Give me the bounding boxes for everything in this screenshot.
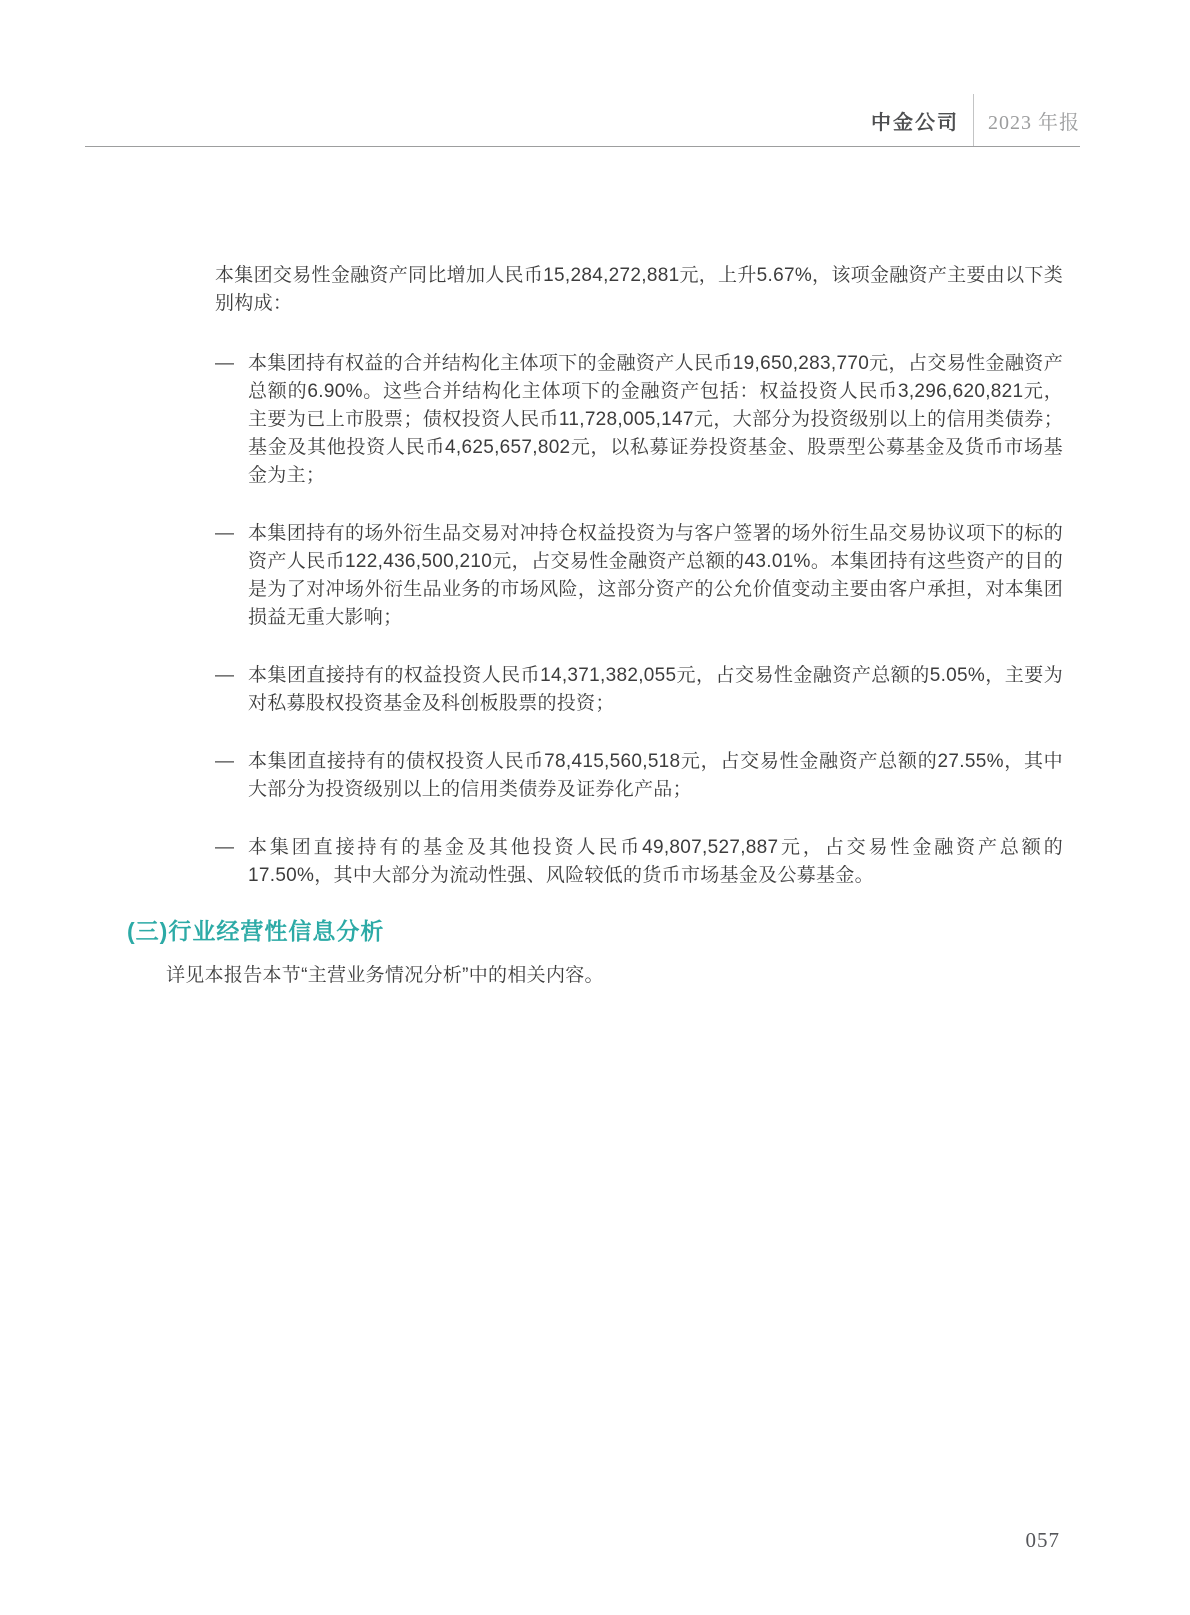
bullet-text: 本集团持有权益的合并结构化主体项下的金融资产人民币19,650,283,770元… (248, 350, 1063, 490)
bullet-item: — 本集团持有权益的合并结构化主体项下的金融资产人民币19,650,283,77… (215, 350, 1063, 490)
bullet-dash-marker: — (215, 662, 248, 718)
bullet-text: 本集团直接持有的基金及其他投资人民币49,807,527,887元，占交易性金融… (248, 834, 1063, 890)
bullet-item: — 本集团持有的场外衍生品交易对冲持仓权益投资为与客户签署的场外衍生品交易协议项… (215, 520, 1063, 632)
bullet-text: 本集团直接持有的债权投资人民币78,415,560,518元，占交易性金融资产总… (248, 748, 1063, 804)
bullet-dash-marker: — (215, 834, 248, 890)
intro-paragraph: 本集团交易性金融资产同比增加人民币15,284,272,881元，上升5.67%… (215, 262, 1063, 318)
section-paragraph: 详见本报告本节“主营业务情况分析”中的相关内容。 (166, 962, 1063, 990)
bullet-dash-marker: — (215, 350, 248, 490)
bullet-item: — 本集团直接持有的权益投资人民币14,371,382,055元，占交易性金融资… (215, 662, 1063, 718)
page-header: 中金公司 2023 年报 (871, 94, 1080, 146)
section-heading: (三)行业经营性信息分析 (127, 916, 1063, 946)
bullet-dash-marker: — (215, 748, 248, 804)
company-name: 中金公司 (871, 106, 973, 135)
bullet-text: 本集团持有的场外衍生品交易对冲持仓权益投资为与客户签署的场外衍生品交易协议项下的… (248, 520, 1063, 632)
page-number: 057 (1026, 1528, 1061, 1553)
report-page: 中金公司 2023 年报 本集团交易性金融资产同比增加人民币15,284,272… (0, 0, 1190, 1615)
main-content: 本集团交易性金融资产同比增加人民币15,284,272,881元，上升5.67%… (127, 262, 1063, 990)
report-year-label: 2023 年报 (974, 106, 1080, 135)
bullet-dash-marker: — (215, 520, 248, 632)
bullet-text: 本集团直接持有的权益投资人民币14,371,382,055元，占交易性金融资产总… (248, 662, 1063, 718)
header-rule (85, 146, 1080, 147)
bullet-list: — 本集团持有权益的合并结构化主体项下的金融资产人民币19,650,283,77… (127, 350, 1063, 890)
bullet-item: — 本集团直接持有的债权投资人民币78,415,560,518元，占交易性金融资… (215, 748, 1063, 804)
bullet-item: — 本集团直接持有的基金及其他投资人民币49,807,527,887元，占交易性… (215, 834, 1063, 890)
